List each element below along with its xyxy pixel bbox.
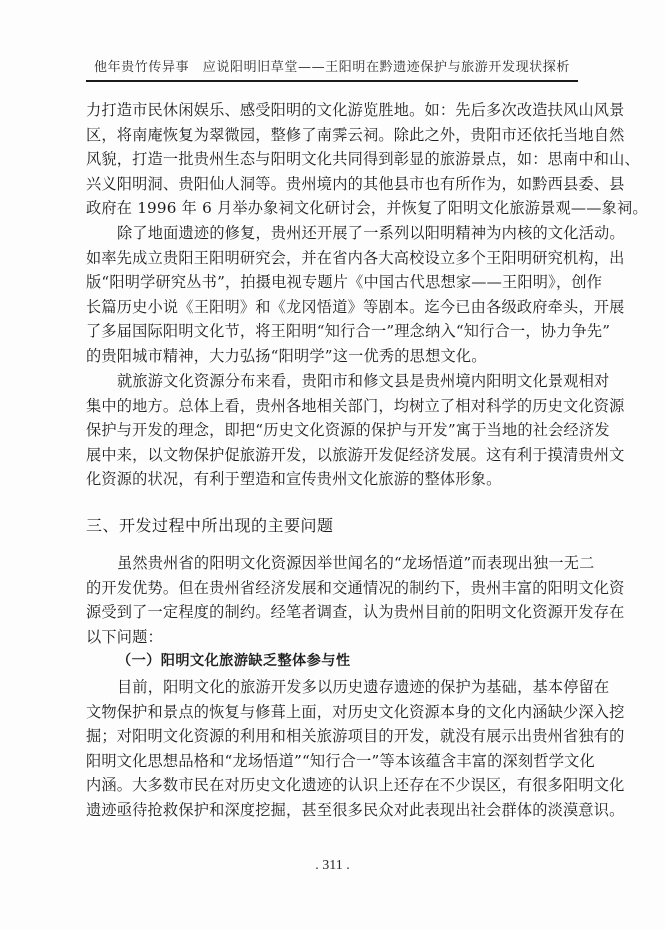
- document-page: 他年贵竹传异事 应说阳明旧草堂——王阳明在黔遗迹保护与旅游开发现状探析 力打造市…: [0, 0, 665, 929]
- text-line: 掘；对阳明文化资源的利用和相关旅游项目的开发，就没有展示出贵州省独有的: [86, 724, 578, 749]
- text-line: 了多届国际阳明文化节，将王阳明“知行合一”理念纳入“知行合一，协力争先”: [86, 319, 578, 344]
- text-line: 保护与开发的理念，即把“历史文化资源的保护与开发”寓于当地的社会经济发: [86, 418, 578, 443]
- text-line: 虽然贵州省的阳明文化资源因举世闻名的“龙场悟道”而表现出独一无二: [86, 551, 578, 576]
- text-line: 源受到了一定程度的制约。经笔者调查，认为贵州目前的阳明文化资源开发存在: [86, 600, 578, 625]
- text-line: 文物保护和景点的恢复与修葺上面，对历史文化资源本身的文化内涵缺少深入挖: [86, 700, 578, 725]
- text-line: 展中来，以文物保护促旅游开发，以旅游开发促经济发展。这有利于摸清贵州文: [86, 443, 578, 468]
- page-number: . 311 .: [0, 858, 665, 874]
- text-line: 区，将南庵恢复为翠微园，整修了南霁云祠。除此之外，贵阳市还依托当地自然: [86, 123, 578, 148]
- text-line: 版“阳明学研究丛书”，拍摄电视专题片《中国古代思想家——王阳明》，创作: [86, 270, 578, 295]
- text-line: 如率先成立贵阳王阳明研究会，并在省内各大高校设立多个王阳明研究机构，出: [86, 246, 578, 271]
- text-line: 长篇历史小说《王阳明》和《龙冈悟道》等剧本。迄今已由各级政府牵头，开展: [86, 295, 578, 320]
- text-line: 化资源的状况，有利于塑造和宣传贵州文化旅游的整体形象。: [86, 467, 578, 492]
- text-line: 目前，阳明文化的旅游开发多以历史遗存遗迹的保护为基础，基本停留在: [86, 675, 578, 700]
- text-line: 的贵阳城市精神，大力弘扬“阳明学”这一优秀的思想文化。: [86, 344, 578, 369]
- paragraph-cultural-activities: 除了地面遗迹的修复，贵州还开展了一系列以阳明精神为内核的文化活动。 如率先成立贵…: [86, 221, 578, 369]
- paragraph-resource-distribution: 就旅游文化资源分布来看，贵阳市和修文县是贵州境内阳明文化景观相对 集中的地方。总…: [86, 369, 578, 492]
- text-line: 遗迹亟待抢救保护和深度挖掘，甚至很多民众对此表现出社会群体的淡漠意识。: [86, 798, 578, 823]
- text-line: 力打造市民休闲娱乐、感受阳明的文化游览胜地。如：先后多次改造扶风山风景: [86, 98, 578, 123]
- text-line: 阳明文化思想品格和“龙场悟道”“知行合一”等本该蕴含丰富的深刻哲学文化: [86, 749, 578, 774]
- paragraph-problems-intro: 虽然贵州省的阳明文化资源因举世闻名的“龙场悟道”而表现出独一无二 的开发优势。但…: [86, 551, 578, 674]
- text-line: 内涵。大多数市民在对历史文化遗迹的认识上还存在不少误区，有很多阳明文化: [86, 773, 578, 798]
- paragraph-continuation: 力打造市民休闲娱乐、感受阳明的文化游览胜地。如：先后多次改造扶风山风景 区，将南…: [86, 98, 578, 221]
- text-line: 以下问题：: [86, 625, 578, 650]
- paragraph-lack-of-participation: 目前，阳明文化的旅游开发多以历史遗存遗迹的保护为基础，基本停留在 文物保护和景点…: [86, 675, 578, 823]
- text-line: 集中的地方。总体上看，贵州各地相关部门，均树立了相对科学的历史文化资源: [86, 394, 578, 419]
- text-line: 的开发优势。但在贵州省经济发展和交通情况的制约下，贵州丰富的阳明文化资: [86, 576, 578, 601]
- section-heading: 三、开发过程中所出现的主要问题: [86, 513, 334, 536]
- text-line: 就旅游文化资源分布来看，贵阳市和修文县是贵州境内阳明文化景观相对: [86, 369, 578, 394]
- text-line: 风貌，打造一批贵州生态与阳明文化共同得到彰显的旅游景点，如：思南中和山、: [86, 147, 578, 172]
- subsection-heading: （一）阳明文化旅游缺乏整体参与性: [86, 649, 578, 674]
- text-line: 除了地面遗迹的修复，贵州还开展了一系列以阳明精神为内核的文化活动。: [86, 221, 578, 246]
- text-line: 兴义阳明洞、贵阳仙人洞等。贵州境内的其他县市也有所作为，如黔西县委、县: [86, 172, 578, 197]
- header-rule: [86, 80, 578, 82]
- text-line: 政府在 1996 年 6 月举办象祠文化研讨会，并恢复了阳明文化旅游景观——象祠…: [86, 196, 578, 221]
- running-header: 他年贵竹传异事 应说阳明旧草堂——王阳明在黔遗迹保护与旅游开发现状探析: [86, 56, 578, 75]
